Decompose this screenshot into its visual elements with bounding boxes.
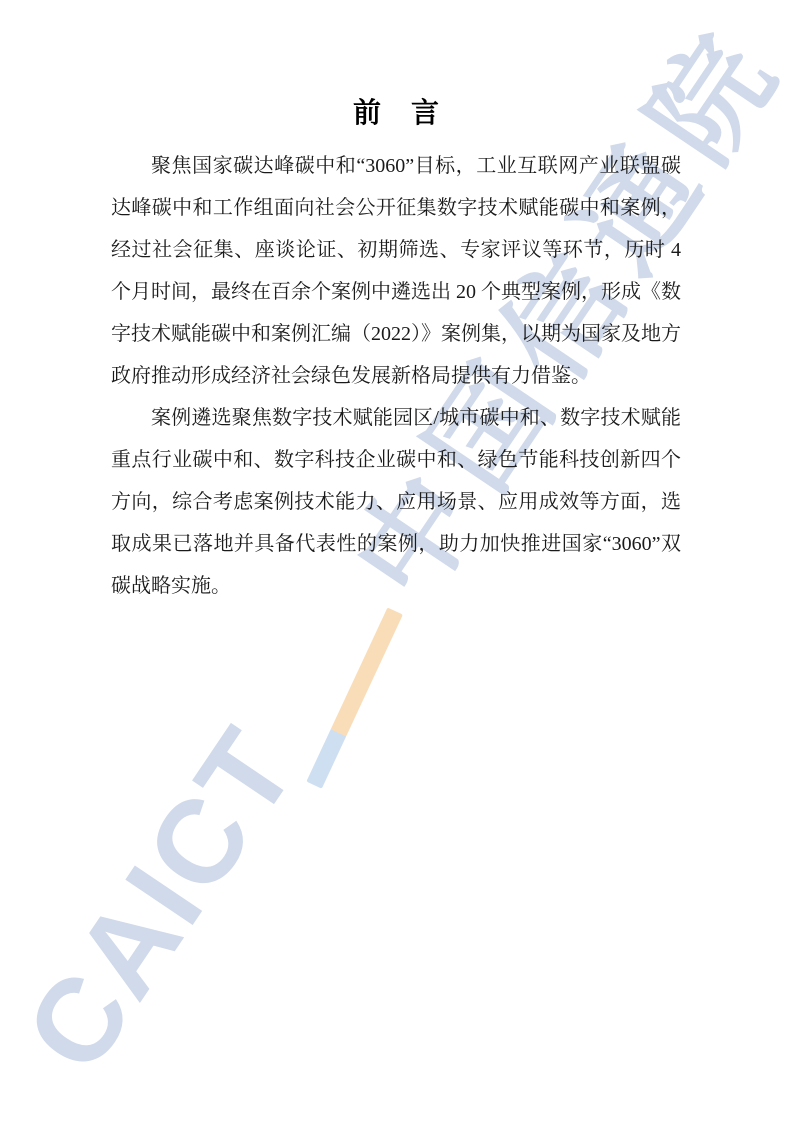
preface-body: 聚焦国家碳达峰碳中和“3060”目标，工业互联网产业联盟碳达峰碳中和工作组面向社… (111, 145, 681, 607)
page-title: 前 言 (0, 97, 793, 131)
preface-paragraph-2: 案例遴选聚焦数字技术赋能园区/城市碳中和、数字技术赋能重点行业碳中和、数字科技企… (111, 397, 681, 607)
document-page: CAICT 中国信通院 前 言 聚焦国家碳达峰碳中和“3060”目标，工业互联网… (0, 0, 793, 1122)
watermark-caict-text: CAICT (0, 703, 324, 1095)
preface-paragraph-1: 聚焦国家碳达峰碳中和“3060”目标，工业互联网产业联盟碳达峰碳中和工作组面向社… (111, 145, 681, 397)
caict-logo-slash-icon (306, 608, 403, 789)
page-content: 前 言 聚焦国家碳达峰碳中和“3060”目标，工业互联网产业联盟碳达峰碳中和工作… (0, 0, 793, 607)
